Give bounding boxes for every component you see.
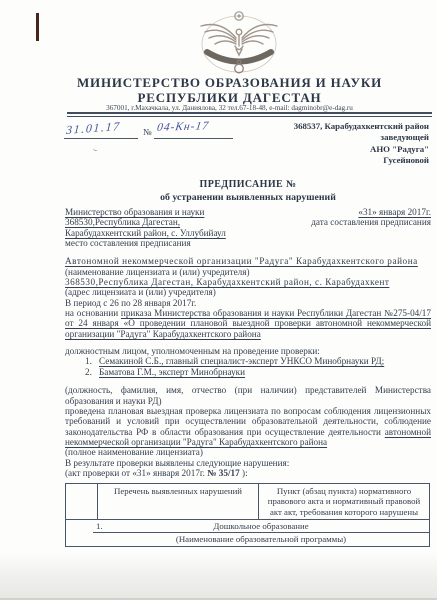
ministry-name: МИНИСТЕРСТВО ОБРАЗОВАНИЯ И НАУКИ РЕСПУБЛ…	[30, 76, 429, 105]
handwritten-date: 31.01.17	[66, 119, 122, 138]
dagestan-coat-of-arms-icon	[193, 6, 285, 76]
inspection-period: В период с 26 по 28 января 2017г.	[65, 298, 431, 308]
official-number: 1.	[85, 356, 99, 366]
document-subtitle: об устранении выявленных нарушений	[65, 192, 431, 203]
document-page: МИНИСТЕРСТВО ОБРАЗОВАНИЯ И НАУКИ РЕСПУБЛ…	[0, 0, 437, 600]
table-header-empty-cell	[66, 484, 98, 520]
table-header-row: Перечень выявленных нарушений Пункт (абз…	[66, 484, 430, 520]
officials-caption: (должность, фамилия, имя, отчество (при …	[65, 385, 431, 406]
place-caption: место составления предписания	[65, 238, 273, 248]
official-number: 2.	[85, 367, 99, 377]
program-name: Дошкольное образование	[213, 521, 308, 531]
table-program-cell: 1. Дошкольное образование (Наименование …	[66, 519, 430, 546]
inspection-description: проведена плановая выездная проверка лиц…	[65, 406, 431, 447]
inspection-result-line: В результате проверки выявлены следующие…	[65, 458, 431, 468]
row-number: 1.	[96, 521, 103, 531]
issuer-address-line2: Карабудахкентский район, с. Уллубийаул	[65, 228, 273, 238]
issuer-block: Министерство образования и науки 368530,…	[65, 207, 431, 248]
ministry-name-line2: РЕСПУБЛИКИ ДАГЕСТАН	[30, 91, 429, 106]
officials-intro: должностным лицом, уполномоченным на про…	[65, 346, 431, 356]
act-number: № 35/17	[207, 468, 239, 478]
official-item: 2.Баматова Г.М., эксперт Минобрнауки	[65, 367, 431, 377]
violations-table: Перечень выявленных нарушений Пункт (абз…	[65, 483, 430, 547]
act-line: (акт проверки от «31» января 2017г. № 35…	[65, 468, 431, 478]
scan-artifact-mark	[36, 13, 39, 41]
basis-prefix: на основании	[65, 308, 121, 318]
table-header-violations: Перечень выявленных нарушений	[98, 484, 259, 520]
act-suffix: ):	[240, 468, 248, 478]
document-title: ПРЕДПИСАНИЕ №	[65, 179, 431, 190]
licensee-address-caption: (адрес лицензиата и (или) учредителя)	[65, 287, 431, 297]
licensee-address: 368530,Республика Дагестан, Карабудахкен…	[65, 277, 431, 287]
inspection-description-text: проведена плановая выездная проверка лиц…	[65, 406, 431, 437]
program-caption: (Наименование образовательной программы)	[93, 533, 429, 544]
scan-shadow	[0, 552, 437, 600]
official-name: Баматова Г.М., эксперт Минобрнауки	[99, 367, 245, 377]
issuer-address-line1: 368530,Республика Дагестан,	[65, 217, 273, 227]
addressee-organization: АНО "Радуга"	[294, 144, 429, 155]
date-underline	[64, 138, 138, 139]
number-underline	[154, 138, 233, 139]
spacer	[65, 377, 431, 385]
official-name: Семакиной С.Б., главный специалист-экспе…	[99, 356, 384, 366]
issuer-right-column: «31» января 2017г. дата составления пред…	[273, 207, 431, 248]
document-body: Министерство образования и науки 368530,…	[65, 207, 431, 478]
ministry-name-line1: МИНИСТЕРСТВО ОБРАЗОВАНИЯ И НАУКИ	[30, 76, 429, 91]
licensee-name-caption: (наименование лицензиата и (или) учредит…	[65, 267, 431, 277]
spacer	[65, 248, 431, 256]
prescription-date: «31» января 2017г.	[273, 207, 431, 217]
issuer-name: Министерство образования и науки	[65, 207, 273, 217]
licensee-name: Автономной некоммерческой организации "Р…	[65, 256, 431, 266]
program-line: 1. Дошкольное образование	[93, 521, 429, 531]
prescription-date-caption: дата составления предписания	[273, 217, 431, 227]
act-prefix: (акт проверки от «31» января 2017г.	[65, 468, 207, 478]
number-sign: №	[143, 127, 152, 137]
ink-smudge	[93, 146, 99, 151]
addressee-surname: Гусейновой	[294, 155, 429, 166]
addressee-postcode-district: 368537, Карабудахкентский район	[294, 121, 429, 132]
handwritten-number: 04-Кн-17	[156, 120, 210, 134]
inspection-basis: на основании приказа Министерства образо…	[65, 308, 431, 339]
ministry-contact-line: 367001, г.Махачкала, ул. Даниялова, 32 т…	[30, 104, 429, 112]
licensee-fullname-caption: (полное наименование лицензиата)	[65, 447, 431, 457]
spacer	[65, 339, 431, 346]
table-header-legal-act: Пункт (абзац пункта) нормативного правов…	[259, 484, 430, 520]
document-title-block: ПРЕДПИСАНИЕ № об устранении выявленных н…	[65, 179, 431, 203]
header-rule	[67, 112, 432, 117]
table-row: 1. Дошкольное образование (Наименование …	[66, 519, 430, 546]
addressee-position: заведующей	[294, 132, 429, 143]
issuer-left-column: Министерство образования и науки 368530,…	[65, 207, 273, 248]
addressee-block: 368537, Карабудахкентский район заведующ…	[294, 121, 429, 167]
official-item: 1.Семакиной С.Б., главный специалист-экс…	[65, 356, 431, 366]
